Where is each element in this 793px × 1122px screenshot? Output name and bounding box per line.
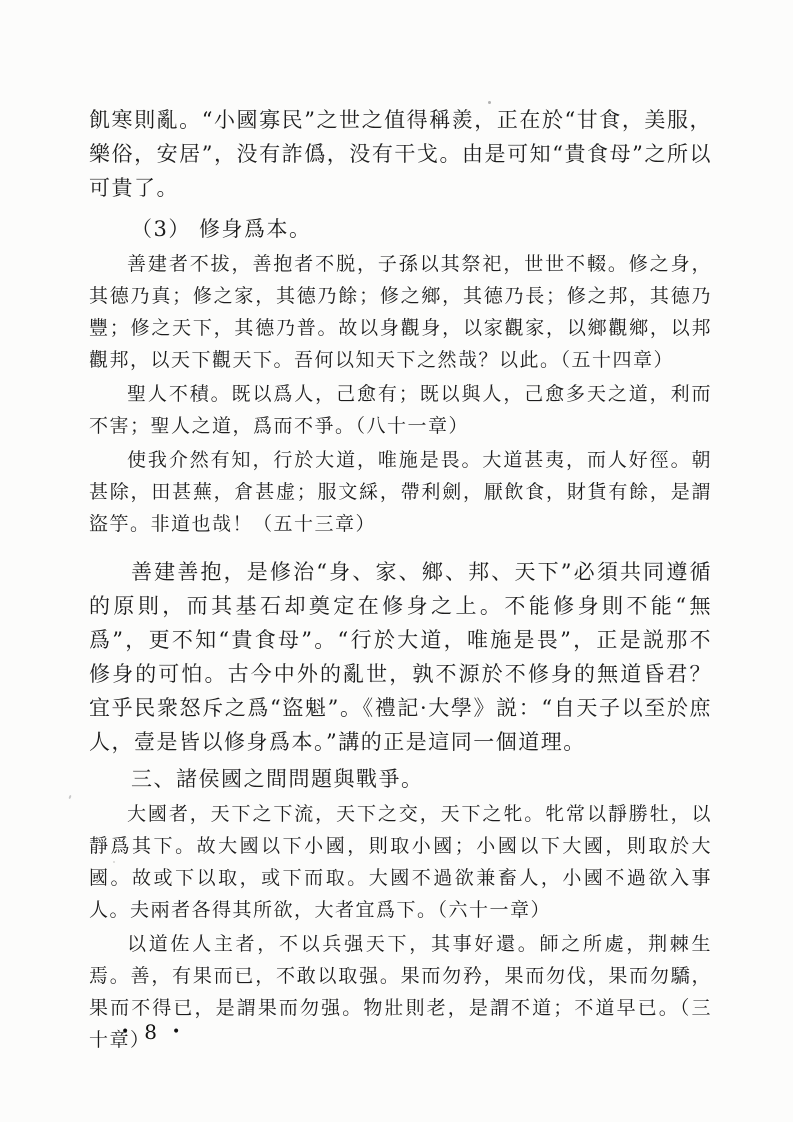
commentary-paragraph: 善建善抱，是修治“身、家、鄉、邦、天下”必須共同遵循的原則，而其基石却奠定在修身… (89, 555, 712, 759)
quote-chapter-81: 聖人不積。既以爲人，己愈有；既以與人，己愈多天之道，利而不害；聖人之道，爲而不爭… (89, 378, 712, 442)
page-number-value: 8 (144, 1020, 157, 1044)
section-heading-zhuhou-war: 三、諸侯國之間問題與戰爭。 (89, 762, 712, 796)
text-column: 飢寒則亂。“小國寡民”之世之值得稱羨，正在於“甘食，美服，樂俗，安居”，没有詐僞… (89, 103, 712, 1056)
paragraph-continuation: 飢寒則亂。“小國寡民”之世之值得稱羨，正在於“甘食，美服，樂俗，安居”，没有詐僞… (89, 103, 712, 205)
quote-chapter-53: 使我介然有知，行於大道，唯施是畏。大道甚夷，而人好徑。朝甚除，田甚蕪，倉甚虚；服… (89, 444, 712, 540)
quote-chapter-61: 大國者，天下之下流，天下之交，天下之牝。牝常以靜勝牡，以靜爲其下。故大國以下小國… (89, 798, 712, 926)
page-number-dot-right: • (172, 1020, 180, 1044)
subsection-heading-xiushen-weiben: （3） 修身爲本。 (89, 212, 712, 246)
quote-chapter-30: 以道佐人主者，不以兵强天下，其事好還。師之所處，荆棘生焉。善，有果而已，不敢以取… (89, 928, 712, 1056)
scan-speck (488, 101, 491, 104)
book-page-scan: 飢寒則亂。“小國寡民”之世之值得稱羨，正在於“甘食，美服，樂俗，安居”，没有詐僞… (0, 0, 793, 1122)
scan-speck (113, 861, 115, 863)
quote-chapter-54: 善建者不拔，善抱者不脱，子孫以其祭祀，世世不輟。修之身，其德乃真；修之家，其德乃… (89, 248, 712, 376)
page-number: • 8 • (121, 1020, 180, 1044)
scan-speck (287, 427, 289, 429)
scan-speck (68, 795, 71, 799)
page-number-dot-left: • (121, 1020, 129, 1044)
